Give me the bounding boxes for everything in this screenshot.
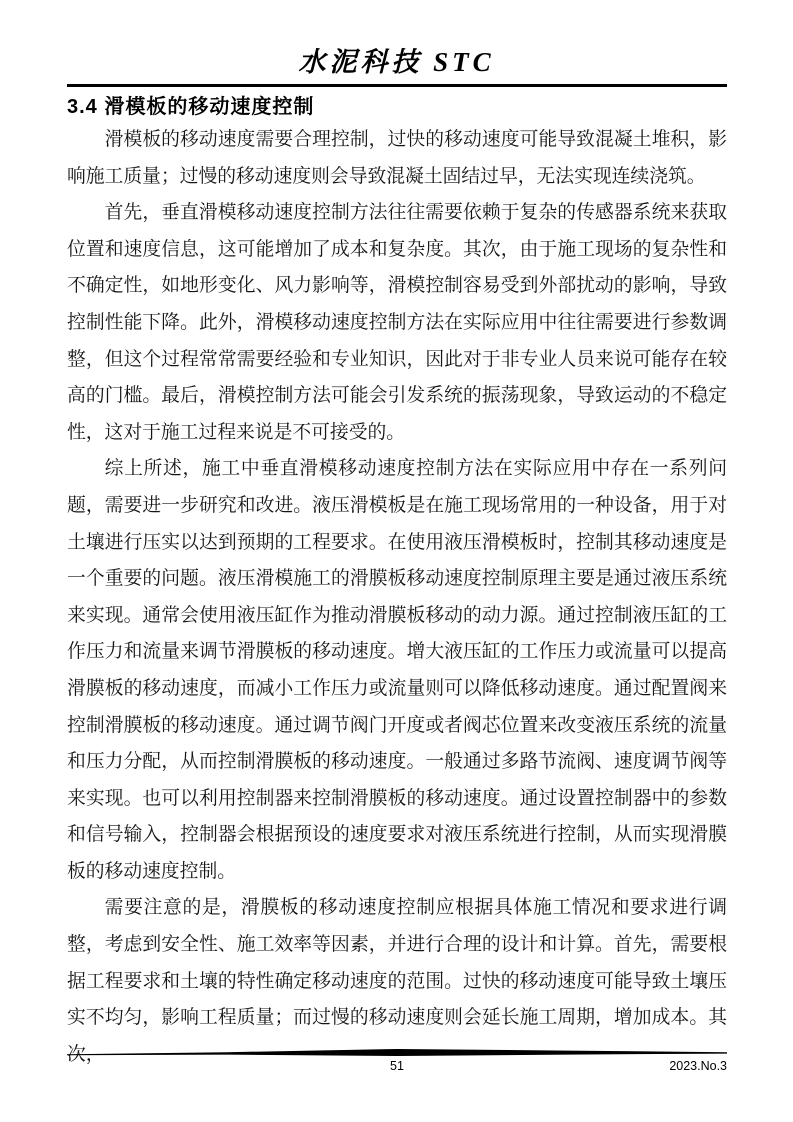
journal-title: 水泥科技 STC xyxy=(0,40,793,79)
body-paragraph-2: 首先，垂直滑模移动速度控制方法往往需要依赖于复杂的传感器系统来获取位置和速度信息… xyxy=(67,195,727,451)
page-number: 51 xyxy=(67,1059,727,1073)
footer-rule xyxy=(67,1048,727,1058)
body-text: 滑模板的移动速度需要合理控制，过快的移动速度可能导致混凝土堆积，影响施工质量；过… xyxy=(67,122,727,1073)
body-paragraph-1: 滑模板的移动速度需要合理控制，过快的移动速度可能导致混凝土堆积，影响施工质量；过… xyxy=(67,122,727,195)
body-paragraph-3: 综上所述，施工中垂直滑模移动速度控制方法在实际应用中存在一系列问题，需要进一步研… xyxy=(67,451,727,890)
issue-number: 2023.No.3 xyxy=(669,1059,727,1073)
footer: 51 2023.No.3 xyxy=(67,1059,727,1077)
body-paragraph-4: 需要注意的是，滑膜板的移动速度控制应根据具体施工情况和要求进行调整，考虑到安全性… xyxy=(67,890,727,1073)
document-page: 水泥科技 STC 3.4 滑模板的移动速度控制 滑模板的移动速度需要合理控制，过… xyxy=(0,0,793,1122)
section-heading: 3.4 滑模板的移动速度控制 xyxy=(67,90,727,119)
header-rule xyxy=(67,84,727,87)
